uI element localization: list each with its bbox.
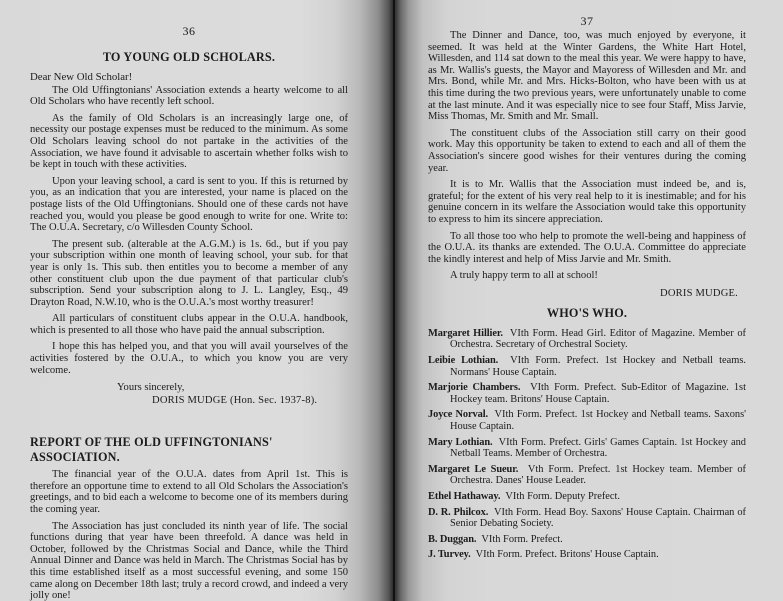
signature: DORIS MUDGE (Hon. Sec. 1937-8). bbox=[30, 394, 348, 407]
page-number-right: 37 bbox=[428, 0, 746, 30]
entry-details: VIth Form. Prefect. bbox=[481, 534, 562, 545]
whos-who-entry: Ethel Hathaway. VIth Form. Deputy Prefec… bbox=[428, 491, 746, 503]
paragraph: The present sub. (alterable at the A.G.M… bbox=[30, 239, 348, 309]
entry-name: Marjorie Chambers. bbox=[428, 382, 520, 393]
paragraph: The financial year of the O.U.A. dates f… bbox=[30, 469, 348, 515]
paragraph: I hope this has helped you, and that you… bbox=[30, 341, 348, 376]
book-binding-gutter bbox=[393, 0, 395, 601]
entry-name: Ethel Hathaway. bbox=[428, 491, 500, 502]
paragraph: It is to Mr. Wallis that the Association… bbox=[428, 179, 746, 225]
entry-name: Margaret Hillier. bbox=[428, 328, 503, 339]
whos-who-entry: Mary Lothian. VIth Form. Prefect. Girls'… bbox=[428, 437, 746, 460]
section-to-young-old-scholars: TO YOUNG OLD SCHOLARS. Dear New Old Scho… bbox=[30, 50, 348, 407]
whos-who-entry: Joyce Norval. VIth Form. Prefect. 1st Ho… bbox=[428, 409, 746, 432]
paragraph: All particulars of constituent clubs app… bbox=[30, 313, 348, 336]
right-page-content: 37 The Dinner and Dance, too, was much e… bbox=[428, 0, 746, 565]
paragraph: To all those too who help to promote the… bbox=[428, 231, 746, 266]
section-title: WHO'S WHO. bbox=[428, 306, 746, 321]
entry-name: D. R. Philcox. bbox=[428, 507, 488, 518]
entry-name: Leibie Lothian. bbox=[428, 355, 498, 366]
section-report-oua: REPORT OF THE OLD UFFINGTONIANS' ASSOCIA… bbox=[30, 435, 348, 601]
signature: DORIS MUDGE. bbox=[428, 287, 746, 300]
entry-name: B. Duggan. bbox=[428, 534, 476, 545]
paragraph: A truly happy term to all at school! bbox=[428, 270, 746, 282]
book-spread: 36 TO YOUNG OLD SCHOLARS. Dear New Old S… bbox=[0, 0, 783, 601]
closing: Yours sincerely, bbox=[30, 381, 348, 394]
page-number-left: 36 bbox=[30, 0, 348, 44]
whos-who-entry: D. R. Philcox. VIth Form. Head Boy. Saxo… bbox=[428, 507, 746, 530]
paragraph: As the family of Old Scholars is an incr… bbox=[30, 113, 348, 171]
entry-name: J. Turvey. bbox=[428, 549, 471, 560]
entry-details: VIth Form. Head Boy. Saxons' House Capta… bbox=[450, 507, 746, 530]
whos-who-entry: Margaret Le Sueur. Vth Form. Prefect. 1s… bbox=[428, 464, 746, 487]
whos-who-entry: B. Duggan. VIth Form. Prefect. bbox=[428, 534, 746, 546]
whos-who-entry: Margaret Hillier. VIth Form. Head Girl. … bbox=[428, 328, 746, 351]
entry-details: VIth Form. Deputy Prefect. bbox=[505, 491, 620, 502]
section-report-continued: The Dinner and Dance, too, was much enjo… bbox=[428, 30, 746, 300]
right-page: 37 The Dinner and Dance, too, was much e… bbox=[393, 0, 783, 601]
left-page-content: 36 TO YOUNG OLD SCHOLARS. Dear New Old S… bbox=[30, 0, 348, 601]
salutation: Dear New Old Scholar! bbox=[30, 72, 348, 84]
entry-name: Joyce Norval. bbox=[428, 409, 488, 420]
section-title: TO YOUNG OLD SCHOLARS. bbox=[30, 50, 348, 65]
paragraph: The Dinner and Dance, too, was much enjo… bbox=[428, 30, 746, 123]
section-whos-who: WHO'S WHO. Margaret Hillier. VIth Form. … bbox=[428, 306, 746, 561]
paragraph: The Old Uffingtonians' Association exten… bbox=[30, 85, 348, 108]
paragraph: The Association has just concluded its n… bbox=[30, 521, 348, 601]
whos-who-entry: Leibie Lothian. VIth Form. Prefect. 1st … bbox=[428, 355, 746, 378]
spacer bbox=[30, 407, 348, 435]
section-title: REPORT OF THE OLD UFFINGTONIANS' ASSOCIA… bbox=[30, 435, 348, 465]
whos-who-entry: Marjorie Chambers. VIth Form. Prefect. S… bbox=[428, 382, 746, 405]
paragraph: The constituent clubs of the Association… bbox=[428, 128, 746, 174]
whos-who-entry: J. Turvey. VIth Form. Prefect. Britons' … bbox=[428, 549, 746, 561]
entry-name: Mary Lothian. bbox=[428, 437, 493, 448]
paragraph: Upon your leaving school, a card is sent… bbox=[30, 176, 348, 234]
left-page: 36 TO YOUNG OLD SCHOLARS. Dear New Old S… bbox=[0, 0, 393, 601]
entry-details: VIth Form. Prefect. 1st Hockey and Netba… bbox=[450, 409, 746, 432]
entry-details: VIth Form. Prefect. Britons' House Capta… bbox=[476, 549, 659, 560]
entry-name: Margaret Le Sueur. bbox=[428, 464, 518, 475]
